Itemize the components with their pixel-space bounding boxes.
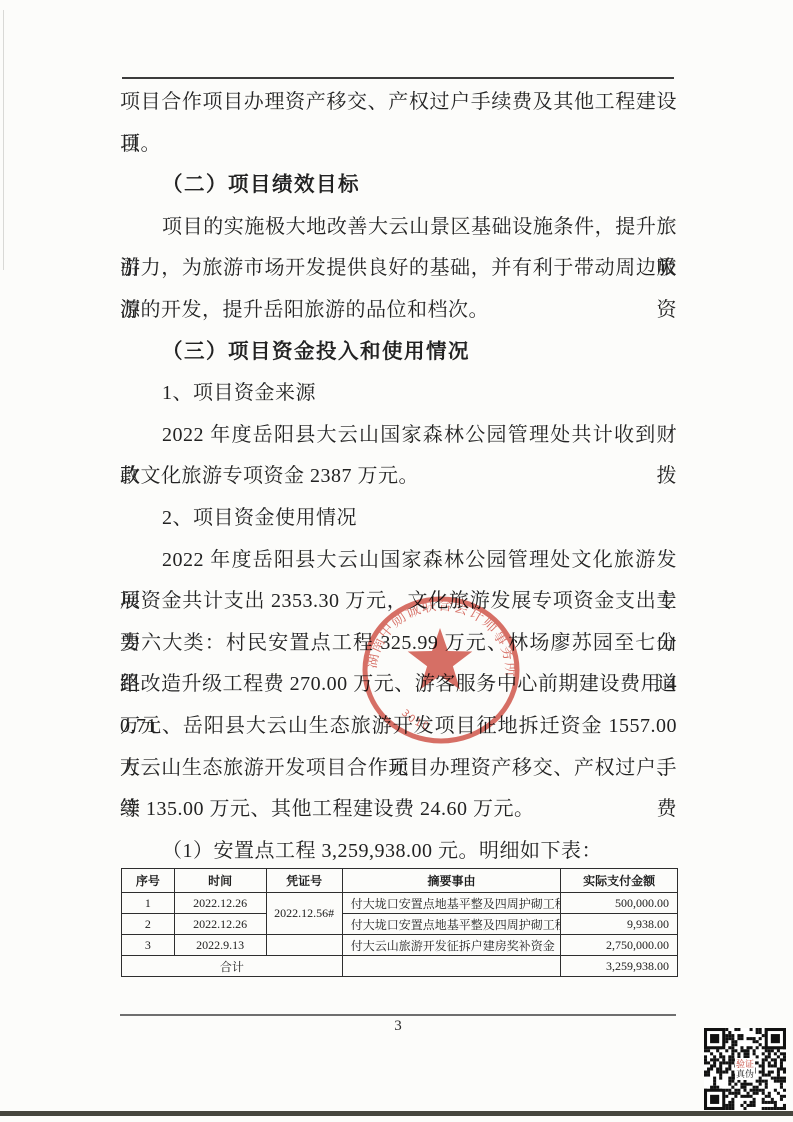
text-line: 2022 年度岳阳县大云山国家森林公园管理处共计收到财政拨	[120, 415, 677, 457]
text-line: 引力，为旅游市场开发提供良好的基础，并有利于带动周边旅游资	[120, 248, 677, 290]
text-line: 2、项目资金使用情况	[120, 498, 677, 540]
text-line: 1、项目资金来源	[120, 373, 677, 415]
table-header-cell: 序号	[122, 869, 175, 893]
total-amount-cell: 3,259,938.00	[561, 956, 678, 977]
text-line: 项目合作项目办理资产移交、产权过户手续费及其他工程建设项	[120, 82, 677, 124]
page-number: 3	[120, 1018, 676, 1035]
qr-center-label: 验证	[736, 1058, 754, 1069]
table-cell: 9,938.00	[561, 914, 678, 935]
text-line: （1）安置点工程 3,259,938.00 元。明细如下表：	[120, 831, 677, 873]
text-line: 项目的实施极大地改善大云山景区基础设施条件，提升旅游吸	[120, 207, 677, 249]
svg-text:真伪: 真伪	[736, 1068, 754, 1079]
table-cell: 500,000.00	[561, 893, 678, 914]
table-header-cell: 凭证号	[266, 869, 342, 893]
scan-edge-smudge	[3, 10, 4, 270]
table-cell: 2	[122, 914, 175, 935]
table-cell: 2022.9.13	[174, 935, 266, 956]
table-row: 32022.9.13付大云山旅游开发征拆户建房奖补资金2,750,000.00	[122, 935, 678, 956]
table-header-row: 序号时间凭证号摘要事由实际支付金额	[122, 869, 678, 893]
table-cell: 2,750,000.00	[561, 935, 678, 956]
table-cell: 3	[122, 935, 175, 956]
text-line: 万元、岳阳县大云山生态旅游开发项目征地拆迁资金 1557.00 万元、	[120, 706, 677, 748]
text-line: 2022 年度岳阳县大云山国家森林公园管理处文化旅游发展专	[120, 540, 677, 582]
table-cell: 2022.12.26	[174, 914, 266, 935]
text-line: 为六大类：村民安置点工程 325.99 万元、林场廖苏园至七山组道	[120, 623, 677, 665]
table-cell: 付大云山旅游开发征拆户建房奖补资金	[342, 935, 561, 956]
payment-detail-table: 序号时间凭证号摘要事由实际支付金额 12022.12.262022.12.56#…	[121, 868, 678, 977]
scan-edge-line	[0, 1111, 793, 1116]
verification-qr-code: 验证真伪	[704, 1028, 786, 1110]
total-summary-cell	[342, 956, 561, 977]
header-rule	[122, 77, 674, 79]
total-label-cell: 合计	[122, 956, 343, 977]
table-row: 12022.12.262022.12.56#付大垅口安置点地基平整及四周护砌工程…	[122, 893, 678, 914]
table-header-cell: 时间	[174, 869, 266, 893]
table-cell: 2022.12.26	[174, 893, 266, 914]
text-line: 路改造升级工程费 270.00 万元、游客服务中心前期建设费用 40.71	[120, 664, 677, 706]
table-cell	[266, 935, 342, 956]
table-row: 22022.12.26付大垅口安置点地基平整及四周护砌工程9,938.00	[122, 914, 678, 935]
table-cell: 1	[122, 893, 175, 914]
scanned-document-page: 项目合作项目办理资产移交、产权过户手续费及其他工程建设项目。（二）项目绩效目标项…	[0, 0, 793, 1122]
text-line: 项资金共计支出 2353.30 万元，文化旅游发展专项资金支出主要分	[120, 581, 677, 623]
table-cell: 付大垅口安置点地基平整及四周护砌工程	[342, 893, 561, 914]
text-line: 目。	[120, 124, 677, 166]
table-total-row: 合计3,259,938.00	[122, 956, 678, 977]
footer-rule	[120, 1014, 676, 1016]
table-header-cell: 实际支付金额	[561, 869, 678, 893]
table-header-cell: 摘要事由	[342, 869, 561, 893]
document-body-text: 项目合作项目办理资产移交、产权过户手续费及其他工程建设项目。（二）项目绩效目标项…	[120, 82, 677, 872]
section-heading: （二）项目绩效目标	[120, 165, 677, 207]
section-heading: （三）项目资金投入和使用情况	[120, 332, 677, 374]
table-cell: 2022.12.56#	[266, 893, 342, 935]
table-cell: 付大垅口安置点地基平整及四周护砌工程	[342, 914, 561, 935]
text-line: 大云山生态旅游开发项目合作项目办理资产移交、产权过户手续费	[120, 748, 677, 790]
